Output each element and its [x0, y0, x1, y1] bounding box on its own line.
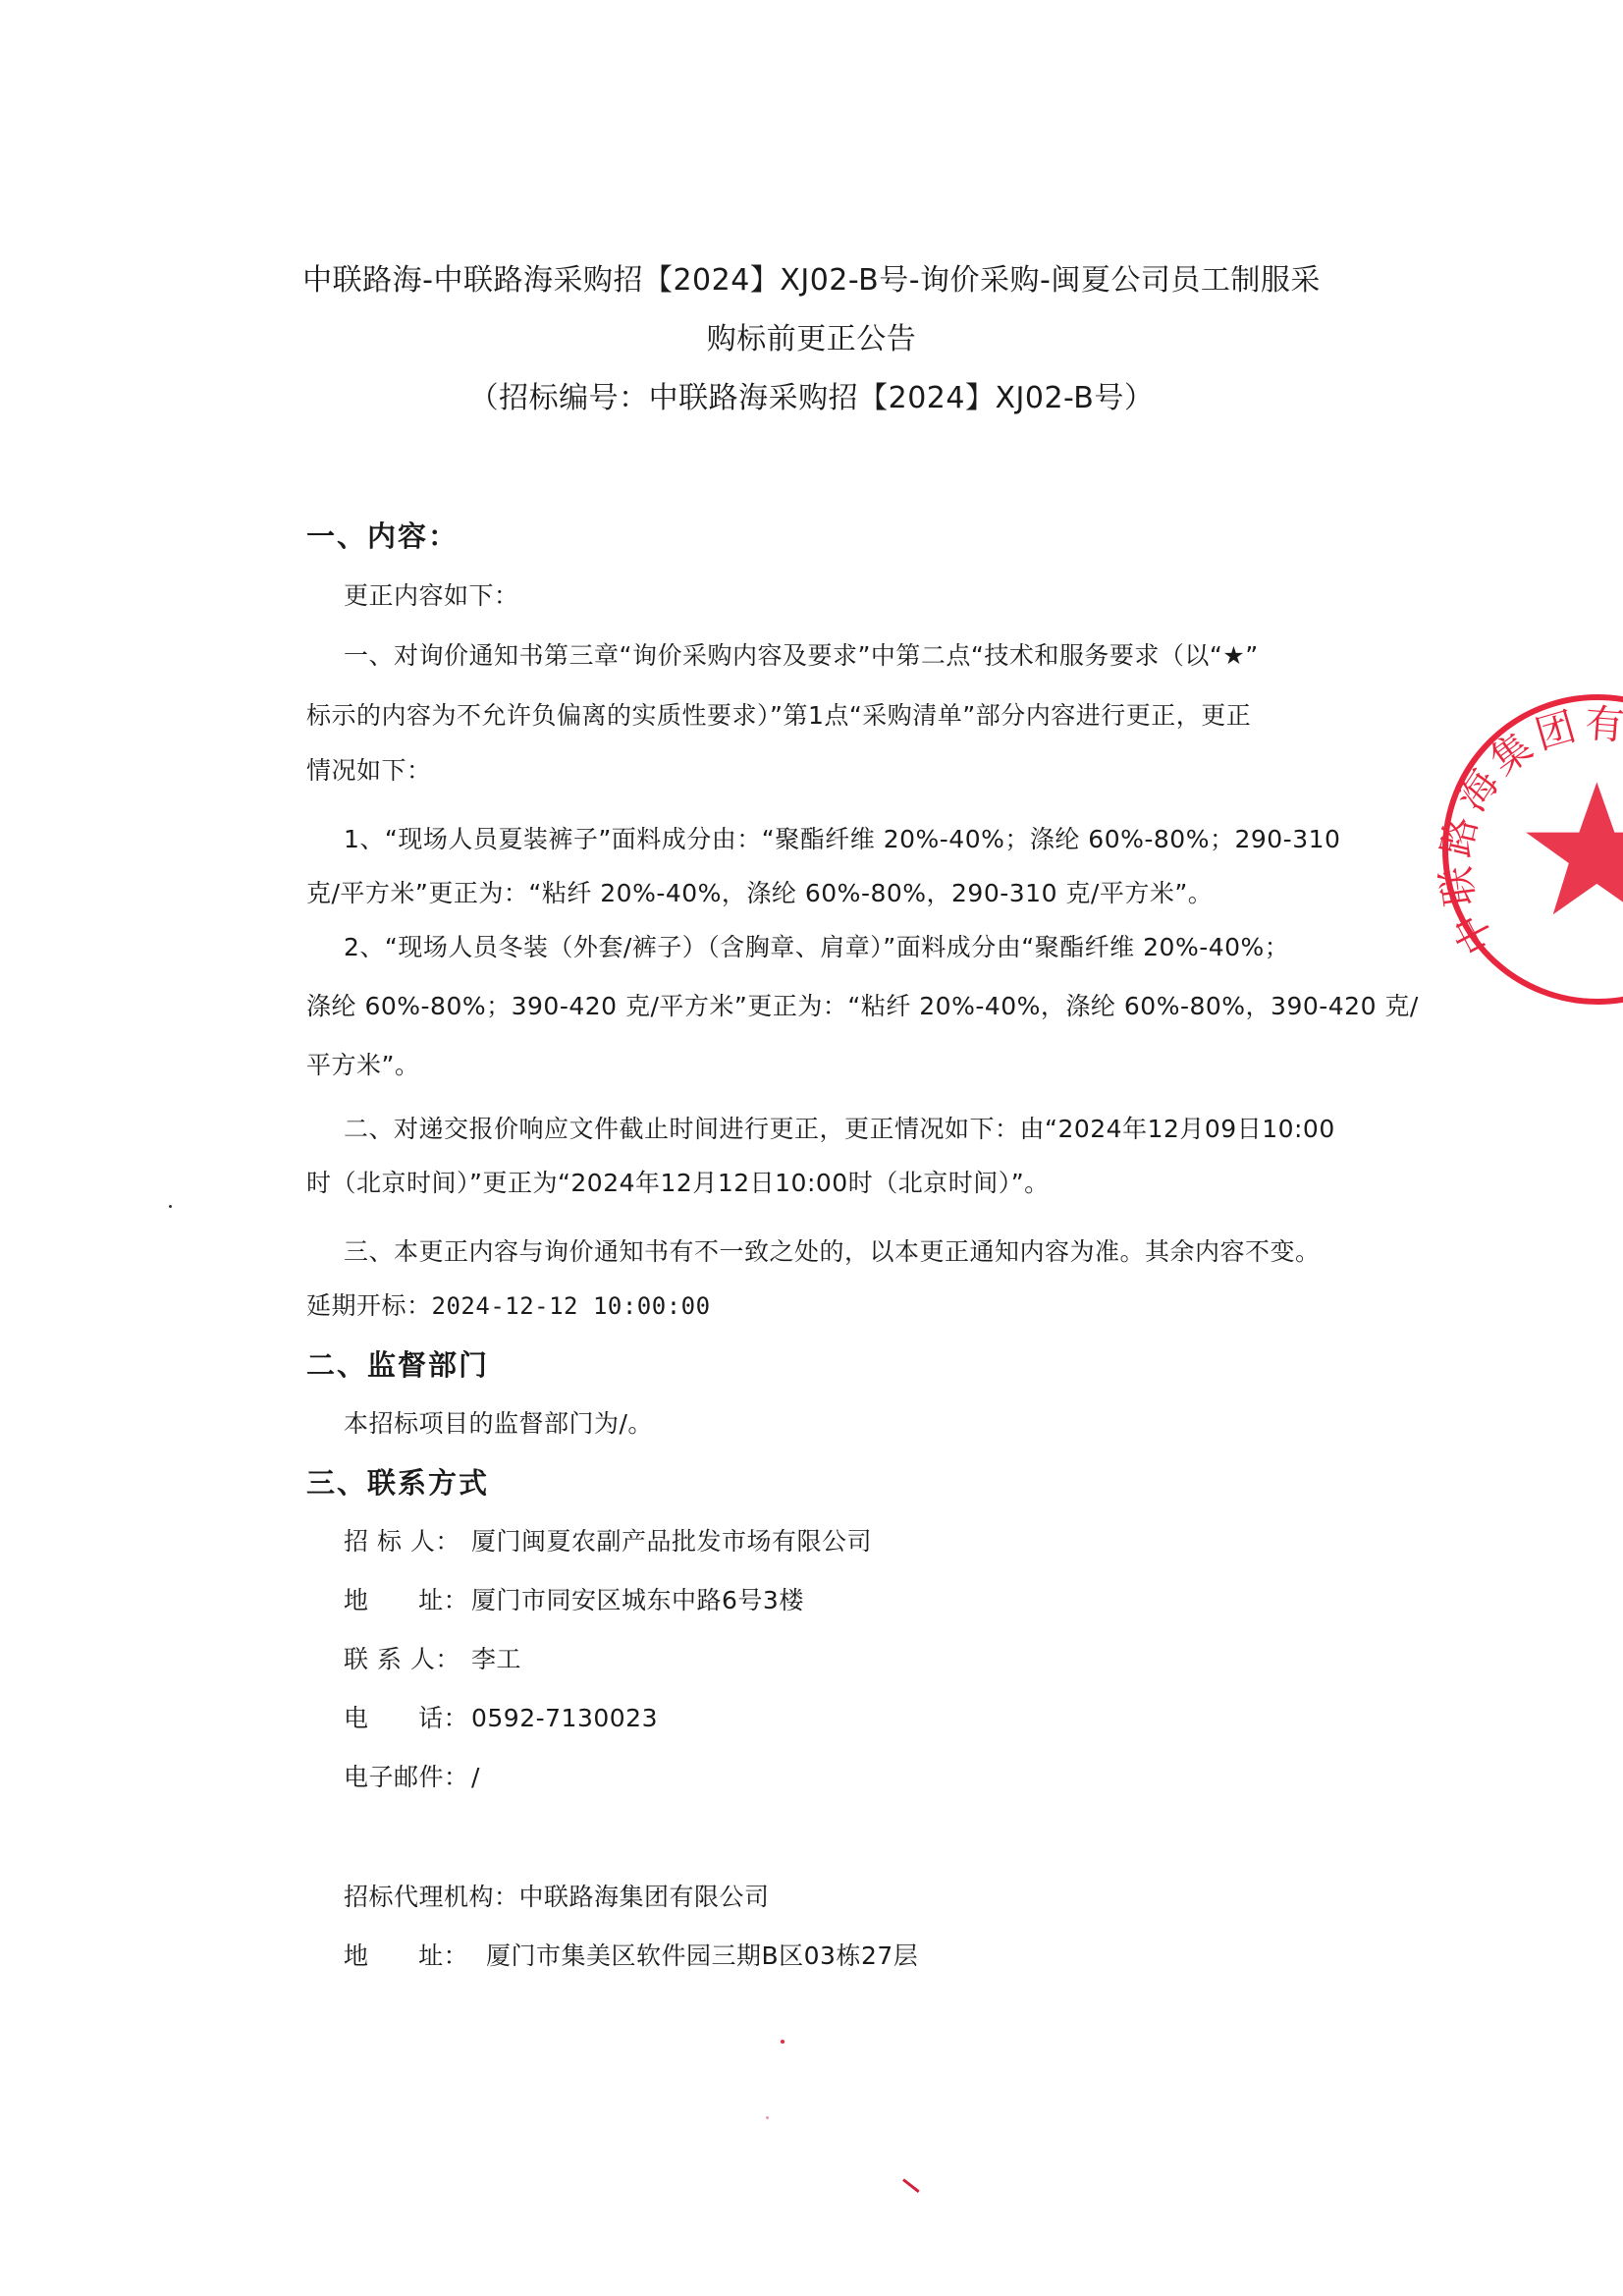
item2-line-1: 二、对递交报价响应文件截止时间进行更正，更正情况如下：由“2024年12月09日… — [344, 1113, 1335, 1146]
contact-person-label: 联 系 人： — [344, 1643, 471, 1676]
tenderer-value: 厦门闽夏农副产品批发市场有限公司 — [471, 1527, 872, 1556]
delayed-opening-label: 延期开标： — [306, 1291, 432, 1320]
contact-person-value: 李工 — [471, 1645, 521, 1673]
delayed-opening-value: 2024-12-12 10:00:00 — [432, 1292, 711, 1320]
agency-label: 招标代理机构： — [344, 1883, 519, 1911]
section-heading-content: 一、内容： — [306, 518, 459, 555]
address-label: 地 址： — [344, 1584, 471, 1617]
section-heading-supervision: 二、监督部门 — [306, 1346, 489, 1384]
delayed-opening: 延期开标：2024-12-12 10:00:00 — [306, 1289, 711, 1323]
red-speck — [781, 2040, 784, 2044]
contact-person: 联 系 人：李工 — [344, 1643, 521, 1676]
red-stroke-mark — [902, 2178, 920, 2193]
correction-intro: 更正内容如下： — [344, 579, 519, 613]
red-speck — [766, 2116, 769, 2119]
phone-value: 0592-7130023 — [471, 1704, 658, 1732]
sub1-line-2: 克/平方米”更正为：“粘纤 20%-40%，涤纶 60%-80%，290-310… — [306, 877, 1213, 910]
email-value: / — [471, 1763, 480, 1791]
contact-tenderer: 招 标 人：厦门闽夏农副产品批发市场有限公司 — [344, 1525, 872, 1558]
address-value: 厦门市同安区城东中路6号3楼 — [471, 1586, 804, 1614]
agency-address: 地 址：厦门市集美区软件园三期B区03栋27层 — [344, 1940, 918, 1973]
supervision-text: 本招标项目的监督部门为/。 — [344, 1407, 653, 1441]
sub2-line-3: 平方米”。 — [306, 1049, 419, 1082]
agency-address-value: 厦门市集美区软件园三期B区03栋27层 — [486, 1941, 918, 1970]
contact-address: 地 址：厦门市同安区城东中路6号3楼 — [344, 1584, 804, 1617]
sub2-line-2: 涤纶 60%-80%；390-420 克/平方米”更正为：“粘纤 20%-40%… — [306, 990, 1419, 1023]
phone-label: 电 话： — [344, 1702, 471, 1735]
item3-line: 三、本更正内容与询价通知书有不一致之处的，以本更正通知内容为准。其余内容不变。 — [344, 1235, 1321, 1269]
item1-line-3: 情况如下： — [306, 754, 432, 788]
document-title-line-2: 购标前更正公告 — [0, 320, 1623, 359]
contact-phone: 电 话：0592-7130023 — [344, 1702, 658, 1735]
item1-line-2: 标示的内容为不允许负偏离的实质性要求）”第1点“采购清单”部分内容进行更正，更正 — [306, 699, 1251, 733]
section-heading-contact: 三、联系方式 — [306, 1464, 489, 1502]
document-title-line-1: 中联路海-中联路海采购招【2024】XJ02-B号-询价采购-闽夏公司员工制服采 — [0, 261, 1623, 301]
tenderer-label: 招 标 人： — [344, 1525, 471, 1558]
document-bid-number: （招标编号：中联路海采购招【2024】XJ02-B号） — [0, 379, 1623, 418]
scan-speck — [169, 1205, 172, 1208]
agency-value: 中联路海集团有限公司 — [519, 1883, 770, 1911]
document-page: 中联路海-中联路海采购招【2024】XJ02-B号-询价采购-闽夏公司员工制服采… — [0, 0, 1623, 2296]
agency: 招标代理机构：中联路海集团有限公司 — [344, 1881, 770, 1914]
contact-email: 电子邮件：/ — [344, 1761, 480, 1794]
company-seal-icon: 中联路海集团有限公司 — [1435, 687, 1623, 1011]
email-label: 电子邮件： — [344, 1761, 471, 1794]
sub1-line-1: 1、“现场人员夏装裤子”面料成分由：“聚酯纤维 20%-40%；涤纶 60%-8… — [344, 823, 1340, 856]
item1-line-1: 一、对询价通知书第三章“询价采购内容及要求”中第二点“技术和服务要求（以“★” — [344, 639, 1259, 673]
agency-address-label: 地 址： — [344, 1940, 486, 1973]
sub2-line-1: 2、“现场人员冬装（外套/裤子）（含胸章、肩章）”面料成分由“聚酯纤维 20%-… — [344, 931, 1289, 964]
item2-line-2: 时（北京时间）”更正为“2024年12月12日10:00时（北京时间）”。 — [306, 1167, 1050, 1200]
